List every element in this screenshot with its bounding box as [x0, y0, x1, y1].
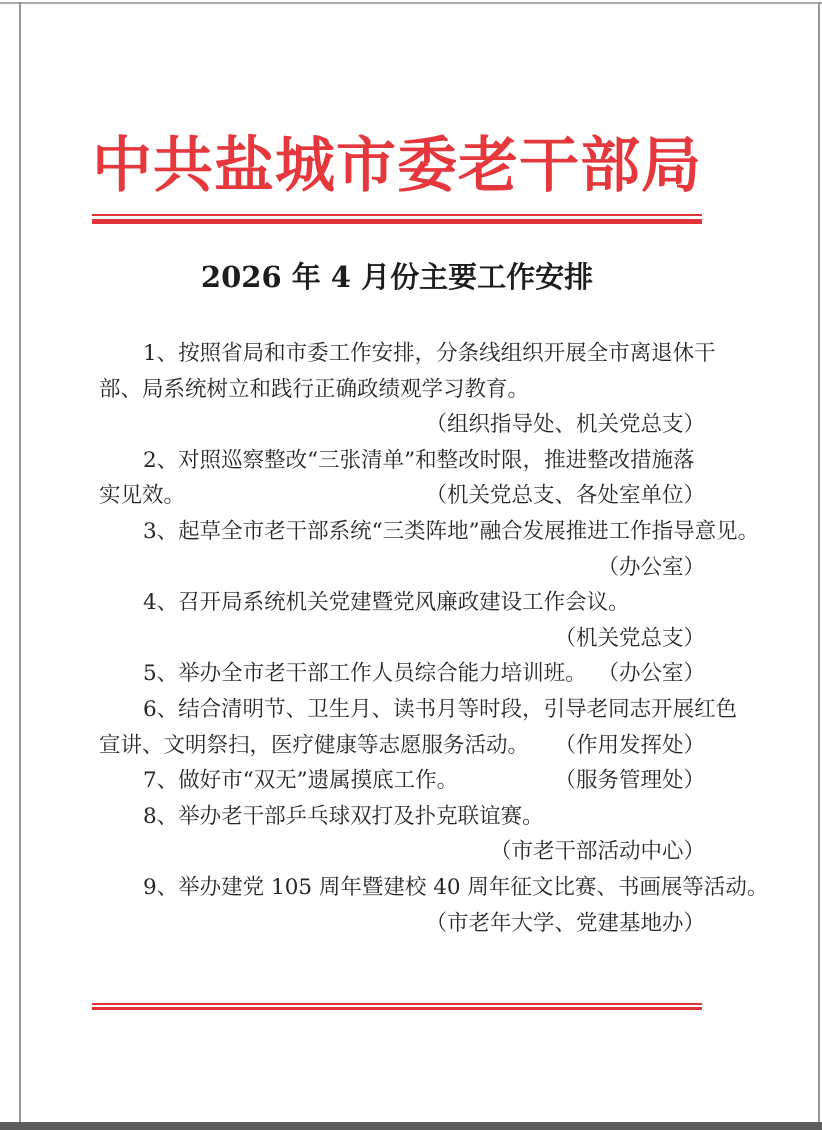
divider-thick-line — [92, 1007, 702, 1010]
document-page: 中共盐城市委老干部局 2026 年 4 月份主要工作安排 1、按照省局和市委工作… — [0, 0, 822, 1130]
document-footer — [92, 0, 702, 1130]
scan-edge-left — [19, 2, 21, 1124]
scan-edge-right — [818, 2, 820, 1124]
footer-divider — [92, 1003, 702, 1010]
